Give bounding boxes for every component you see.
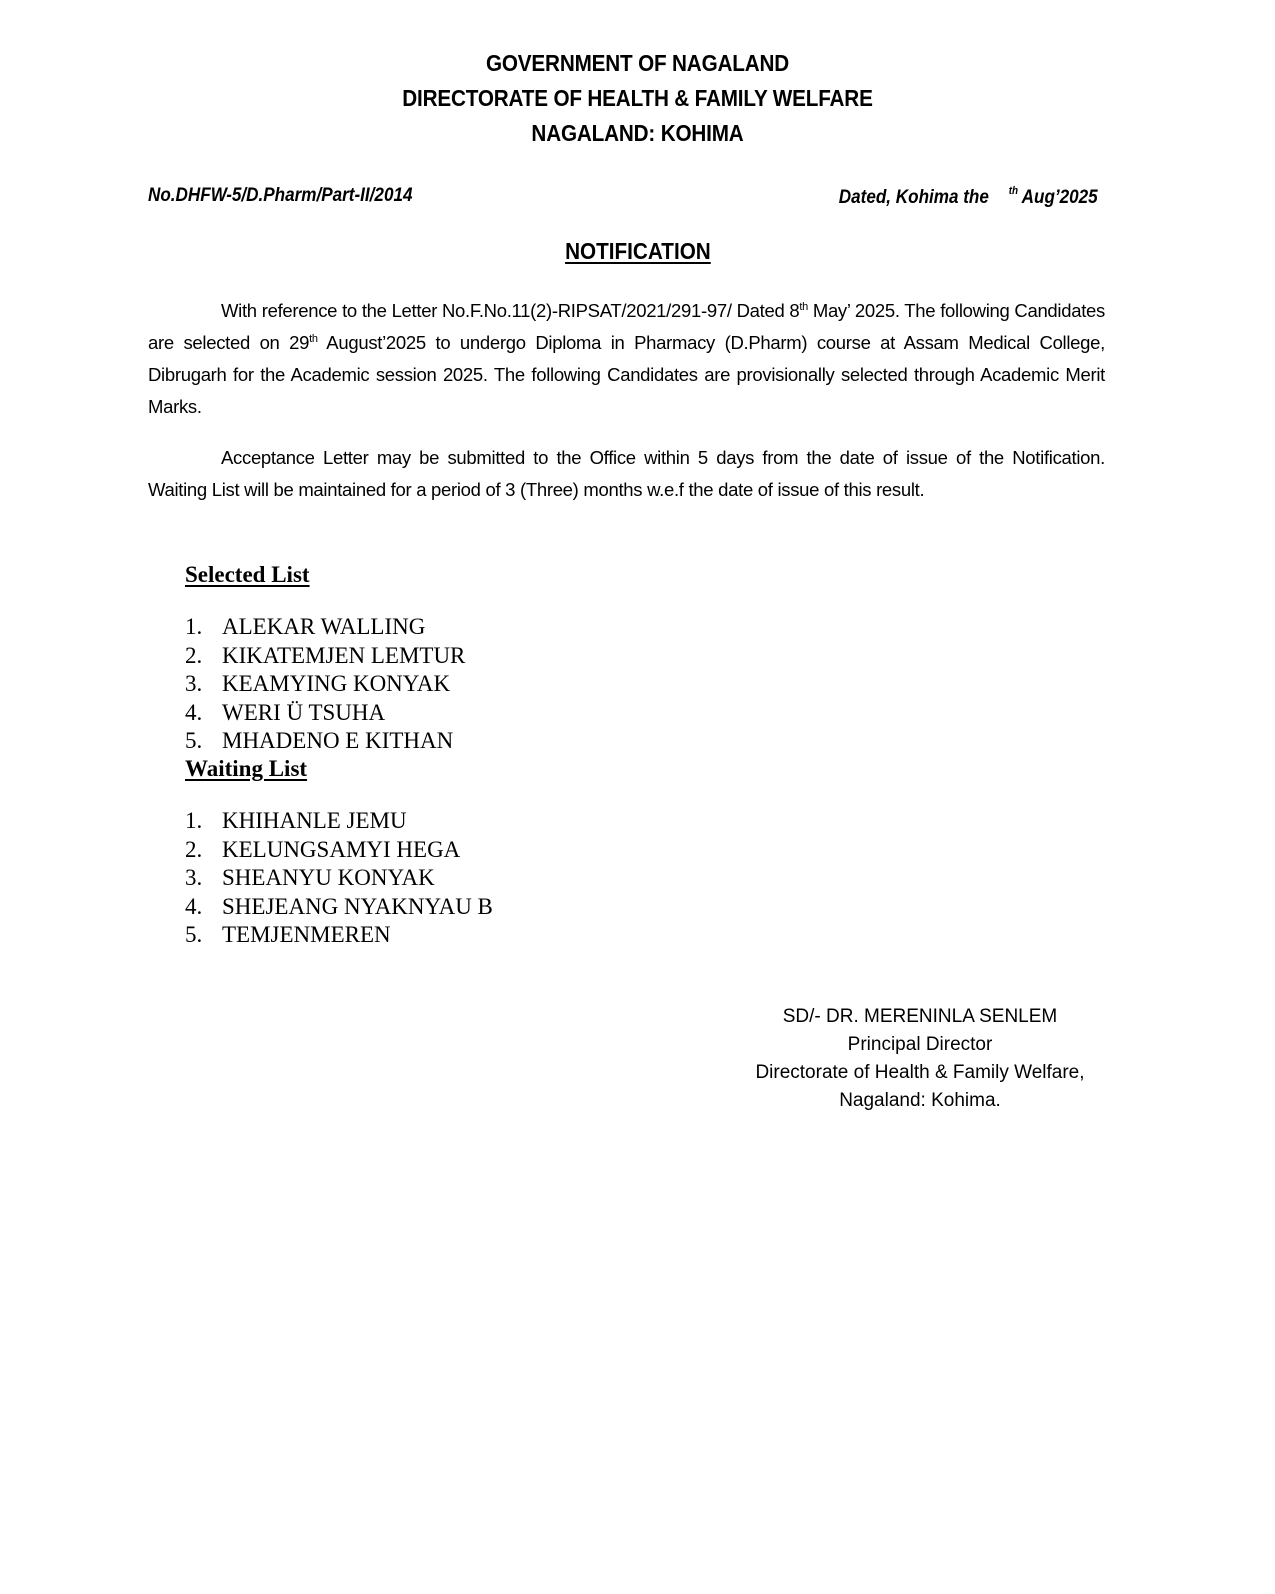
list-item-number: 4.	[185, 699, 222, 728]
list-item-number: 2.	[185, 642, 222, 671]
signatory-office: Directorate of Health & Family Welfare,	[715, 1059, 1125, 1087]
date-month-year: Aug’2025	[1022, 187, 1098, 208]
candidate-name: MHADENO E KITHAN	[222, 727, 453, 756]
list-item-number: 3.	[185, 864, 222, 893]
signatory-location: Nagaland: Kohima.	[715, 1087, 1125, 1115]
list-item-number: 3.	[185, 670, 222, 699]
candidate-name: SHEANYU KONYAK	[222, 864, 435, 893]
candidate-name: KIKATEMJEN LEMTUR	[222, 642, 465, 671]
list-item: 2.KIKATEMJEN LEMTUR	[185, 642, 465, 671]
list-item: 5.TEMJENMEREN	[185, 921, 493, 950]
date-suffix: th	[1009, 185, 1018, 197]
paragraph-acceptance: Acceptance Letter may be submitted to th…	[148, 442, 1105, 506]
document-page: GOVERNMENT OF NAGALAND DIRECTORATE OF HE…	[0, 0, 1275, 1594]
letterhead-location: NAGALAND: KOHIMA	[64, 116, 1212, 151]
notification-title-wrap: NOTIFICATION	[0, 238, 1275, 265]
list-item-number: 5.	[185, 727, 222, 756]
candidate-name: KELUNGSAMYI HEGA	[222, 836, 460, 865]
list-item: 5.MHADENO E KITHAN	[185, 727, 465, 756]
waiting-list-heading: Waiting List	[185, 755, 307, 783]
para1-sup1: th	[799, 301, 808, 313]
list-item-number: 1.	[185, 807, 222, 836]
list-item-number: 2.	[185, 836, 222, 865]
list-item-number: 4.	[185, 893, 222, 922]
waiting-list-heading-wrap: Waiting List	[185, 755, 307, 783]
list-item: 2.KELUNGSAMYI HEGA	[185, 836, 493, 865]
list-item: 4.SHEJEANG NYAKNYAU B	[185, 893, 493, 922]
signature-block: SD/- DR. MERENINLA SENLEM Principal Dire…	[715, 1003, 1125, 1115]
para1-part1: With reference to the Letter No.F.No.11(…	[221, 300, 799, 321]
reference-row: No.DHFW-5/D.Pharm/Part-II/2014 Dated, Ko…	[148, 185, 1098, 213]
letterhead: GOVERNMENT OF NAGALAND DIRECTORATE OF HE…	[0, 46, 1275, 151]
letterhead-directorate: DIRECTORATE OF HEALTH & FAMILY WELFARE	[64, 81, 1212, 116]
reference-number: No.DHFW-5/D.Pharm/Part-II/2014	[148, 185, 412, 207]
candidate-name: ALEKAR WALLING	[222, 613, 425, 642]
waiting-list: 1.KHIHANLE JEMU2.KELUNGSAMYI HEGA3.SHEAN…	[185, 807, 493, 950]
selected-list: 1.ALEKAR WALLING2.KIKATEMJEN LEMTUR3.KEA…	[185, 613, 465, 756]
list-item: 1.KHIHANLE JEMU	[185, 807, 493, 836]
candidate-name: KHIHANLE JEMU	[222, 807, 407, 836]
candidate-name: WERI Ü TSUHA	[222, 699, 385, 728]
candidate-name: SHEJEANG NYAKNYAU B	[222, 893, 493, 922]
selected-list-heading-wrap: Selected List	[185, 561, 310, 589]
signatory-designation: Principal Director	[715, 1031, 1125, 1059]
para2-text: Acceptance Letter may be submitted to th…	[148, 442, 1105, 506]
selected-list-heading: Selected List	[185, 561, 310, 589]
candidate-name: KEAMYING KONYAK	[222, 670, 450, 699]
candidate-name: TEMJENMEREN	[222, 921, 391, 950]
list-item-number: 1.	[185, 613, 222, 642]
signatory-name: SD/- DR. MERENINLA SENLEM	[715, 1003, 1125, 1031]
paragraph-reference: With reference to the Letter No.F.No.11(…	[148, 295, 1105, 423]
list-item: 4.WERI Ü TSUHA	[185, 699, 465, 728]
para1-sup2: th	[309, 333, 318, 345]
date-prefix: Dated, Kohima the	[839, 187, 989, 208]
list-item: 1.ALEKAR WALLING	[185, 613, 465, 642]
list-item: 3.KEAMYING KONYAK	[185, 670, 465, 699]
list-item-number: 5.	[185, 921, 222, 950]
letterhead-government: GOVERNMENT OF NAGALAND	[64, 46, 1212, 81]
notification-title: NOTIFICATION	[565, 238, 711, 265]
list-item: 3.SHEANYU KONYAK	[185, 864, 493, 893]
reference-date: Dated, Kohima thethAug’2025	[839, 185, 1098, 209]
